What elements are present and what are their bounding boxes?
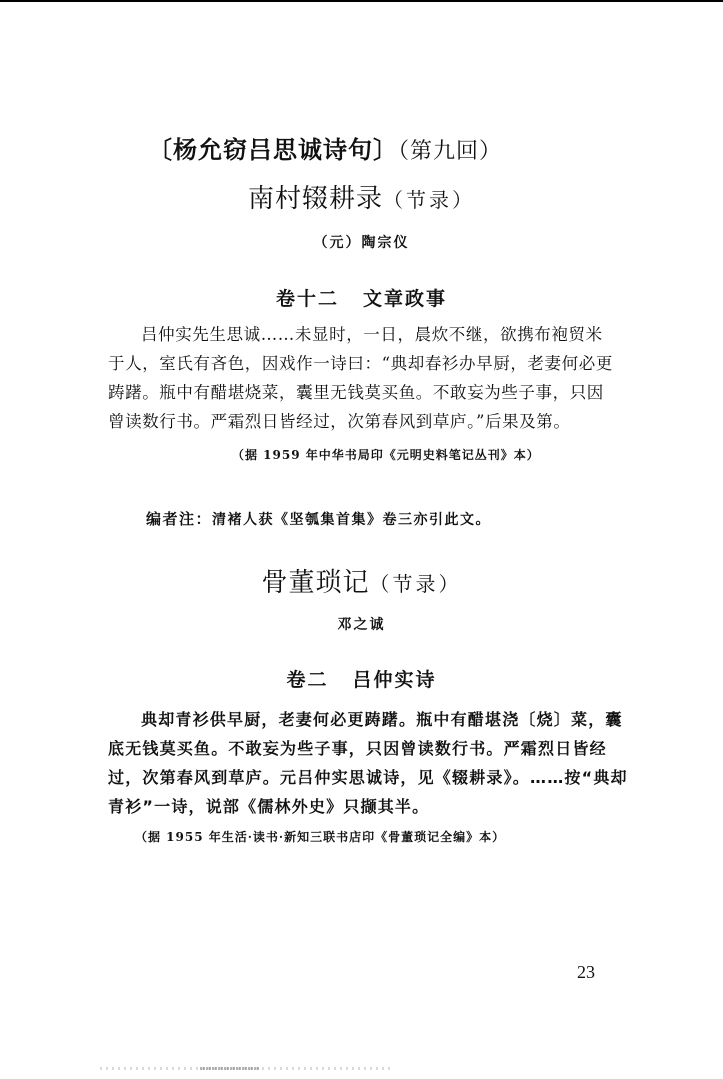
paragraph-line: 于人，室氏有吝色，因戏作一诗曰：“典却春衫办早厨，老妻何必更	[108, 349, 628, 378]
chapter-title-main: 〔杨允窃吕思诚诗句〕	[148, 136, 398, 164]
chapter-title: 〔杨允窃吕思诚诗句〕（第九回）	[148, 130, 502, 165]
section-name: 吕仲实诗	[353, 669, 437, 691]
paragraph-line: 青衫”一诗，说部《儒林外史》只撷其半。	[108, 792, 628, 821]
paragraph-line: 底无钱莫买鱼。不敢妄为些子事，只因曾读数行书。严霜烈日皆经	[108, 734, 628, 763]
book-title-subtitle: （节录）	[383, 188, 475, 212]
source-citation-2: （据 1955 年生活·读书·新知三联书店印《骨董琐记全编》本）	[135, 828, 505, 845]
paragraph-line: 踌躇。瓶中有醋堪烧菜，囊里无钱莫买鱼。不敢妄为些子事，只因	[108, 378, 628, 407]
book-title-subtitle: （节录）	[370, 572, 462, 596]
book-title-text: 骨董琐记	[261, 568, 369, 598]
author-2: 邓之诚	[0, 614, 723, 634]
section-heading-2: 卷二吕仲实诗	[0, 665, 723, 692]
page-number: 23	[577, 962, 595, 983]
author-1: （元）陶宗仪	[0, 232, 723, 252]
paragraph-line: 典却青衫供早厨，老妻何必更踌躇。瓶中有醋堪浇〔烧〕菜，囊	[108, 705, 628, 734]
chapter-title-chapter: （第九回）	[398, 139, 502, 164]
source-citation-1: （据 1959 年中华书局印《元明史料笔记丛刊》本）	[232, 446, 540, 463]
book-title-2: 骨董琐记（节录）	[0, 562, 723, 599]
section-name: 文章政事	[363, 288, 447, 310]
scan-artifact	[200, 1067, 260, 1070]
section-volume: 卷十二	[276, 288, 339, 310]
section-volume: 卷二	[286, 669, 328, 691]
editor-note: 编者注：清褚人获《坚瓠集首集》卷三亦引此文。	[146, 508, 491, 529]
paragraph-line: 过，次第春风到草庐。元吕仲实思诚诗，见《辍耕录》。……按“典却	[108, 763, 628, 792]
book-title-text: 南村辍耕录	[248, 184, 383, 214]
editor-note-label: 编者注：	[146, 510, 212, 528]
paragraph-2: 典却青衫供早厨，老妻何必更踌躇。瓶中有醋堪浇〔烧〕菜，囊 底无钱莫买鱼。不敢妄为…	[108, 705, 628, 821]
paragraph-1: 吕仲实先生思诚……未显时，一日，晨炊不继，欲携布袍贸米 于人，室氏有吝色，因戏作…	[108, 320, 628, 436]
section-heading-1: 卷十二文章政事	[0, 284, 723, 311]
book-title-1: 南村辍耕录（节录）	[0, 178, 723, 215]
paragraph-line: 吕仲实先生思诚……未显时，一日，晨炊不继，欲携布袍贸米	[108, 320, 628, 349]
scan-top-border	[0, 0, 723, 2]
editor-note-text: 清褚人获《坚瓠集首集》卷三亦引此文。	[212, 512, 491, 528]
paragraph-line: 曾读数行书。严霜烈日皆经过，次第春风到草庐。”后果及第。	[108, 407, 628, 436]
